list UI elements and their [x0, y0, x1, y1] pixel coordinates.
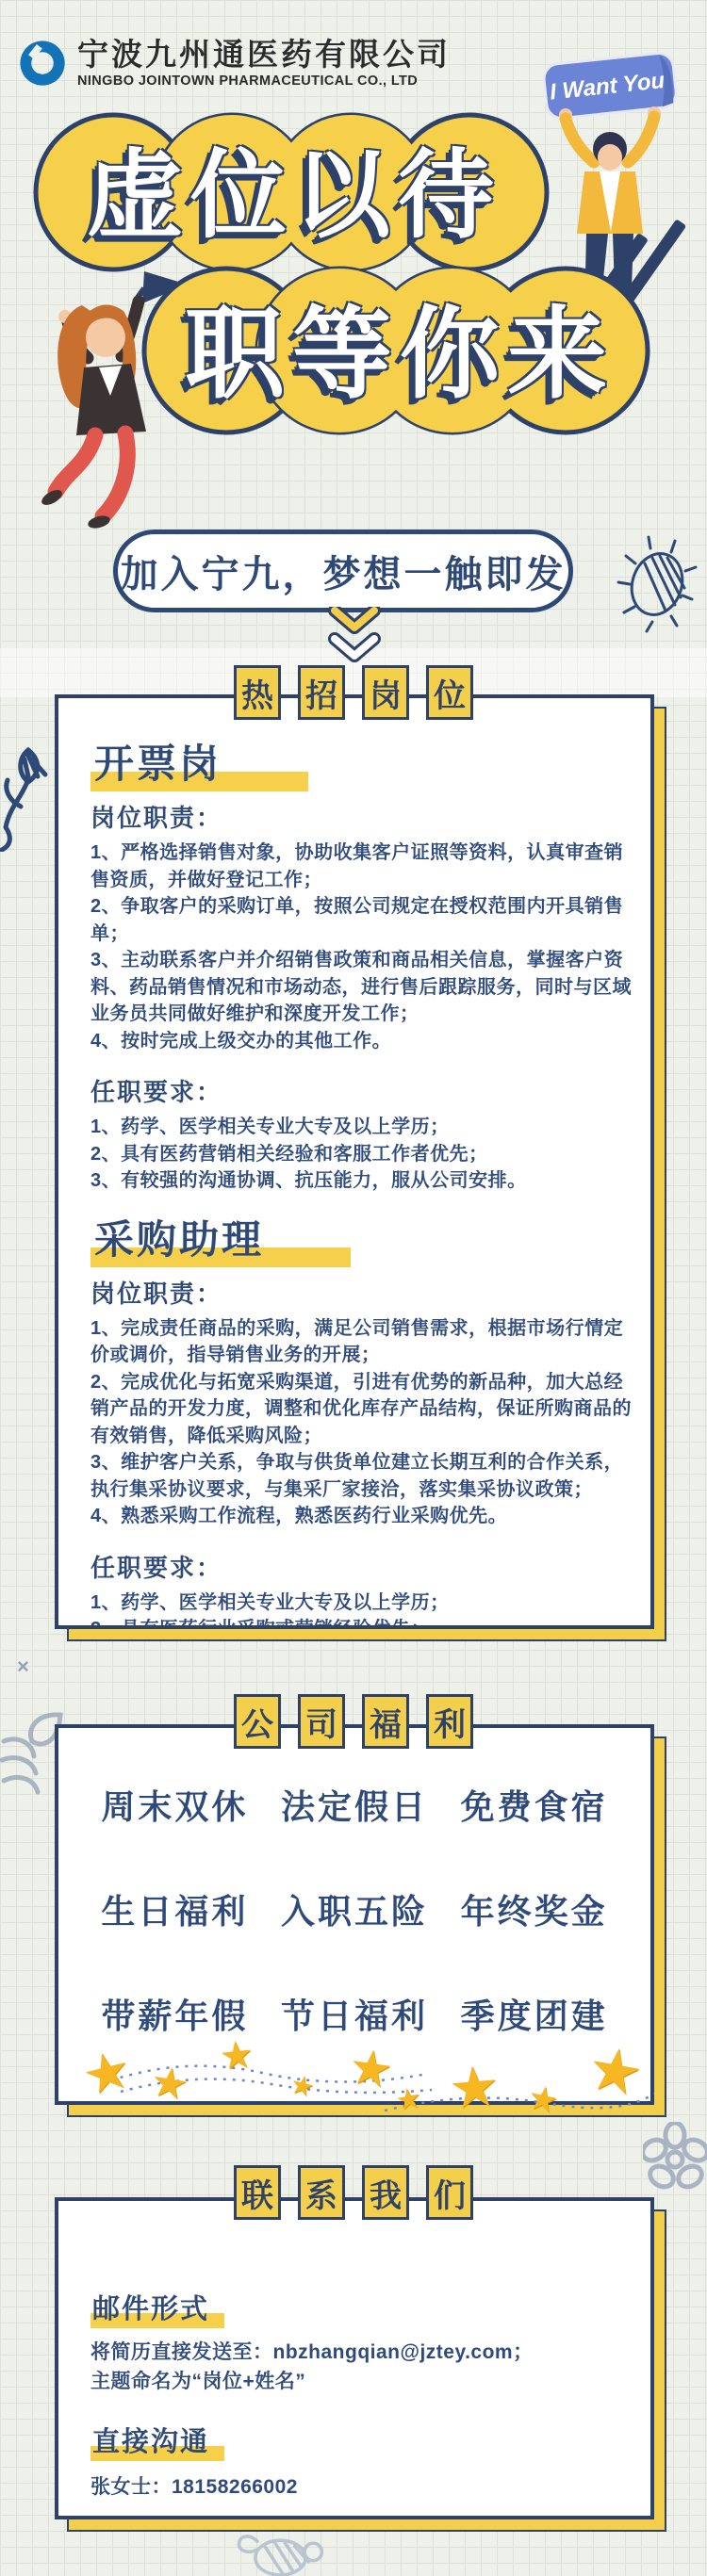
benefits-section-header: 公司福利: [0, 1694, 707, 1749]
benefit-item: 入职五险: [281, 1885, 428, 1933]
benefit-item: 带薪年假: [101, 1990, 248, 2038]
benefit-item: 法定假日: [281, 1781, 428, 1829]
section-header-tile: 系: [298, 2165, 345, 2220]
requirement-item: 2、具有医药营销相关经验和客服工作者优先；: [90, 1141, 637, 1168]
benefit-item: 节日福利: [281, 1990, 428, 2038]
chevron-down-icon: [325, 607, 384, 665]
benefit-item: 年终奖金: [461, 1885, 608, 1933]
direct-method-label: 直接沟通: [90, 2421, 637, 2459]
company-name-cn: 宁波九州通医药有限公司: [77, 38, 451, 72]
email-method-label: 邮件形式: [90, 2288, 637, 2326]
bee-doodle-icon: [184, 2533, 382, 2576]
section-header-tile: 司: [298, 1694, 345, 1749]
jointown-swirl-icon: [17, 38, 68, 89]
main-title-line2: 职等你来: [141, 274, 650, 417]
plant-doodle-icon: [0, 741, 58, 852]
requirements-label: 任职要求：: [90, 1073, 637, 1108]
duties-list: 1、完成责任商品的采购，满足公司销售需求，根据市场行情定价或调价，指导销售业务的…: [90, 1315, 637, 1530]
duty-item: 1、完成责任商品的采购，满足公司销售需求，根据市场行情定价或调价，指导销售业务的…: [90, 1315, 637, 1369]
requirement-item: 1、药学、医学相关专业大专及以上学历；: [90, 1590, 637, 1617]
duties-list: 1、严格选择销售对象，协助收集客户证照等资料，认真审查销售资质，并做好登记工作；…: [90, 840, 637, 1054]
email-instruction: 将简历直接发送至：nbzhangqian@jztey.com；: [90, 2338, 637, 2367]
benefits-card: 周末双休法定假日免费食宿生日福利入职五险年终奖金带薪年假节日福利季度团建: [55, 1724, 654, 2105]
brand-header: 宁波九州通医药有限公司 NINGBO JOINTOWN PHARMACEUTIC…: [17, 38, 451, 89]
requirement-item: 2、具有医药行业采购或营销经验优先；: [90, 1616, 637, 1629]
benefit-item: 生日福利: [101, 1885, 248, 1933]
section-header-tile: 利: [426, 1694, 473, 1749]
requirements-list: 1、药学、医学相关专业大专及以上学历；2、具有医药行业采购或营销经验优先；3、抗…: [90, 1590, 637, 1629]
duties-label: 岗位职责：: [90, 799, 637, 834]
jobs-section-header: 热招岗位: [0, 665, 707, 720]
requirements-list: 1、药学、医学相关专业大专及以上学历；2、具有医药营销相关经验和客服工作者优先；…: [90, 1114, 637, 1195]
benefit-item: 免费食宿: [461, 1781, 608, 1829]
jobs-card: 开票岗 岗位职责： 1、严格选择销售对象，协助收集客户证照等资料，认真审查销售资…: [55, 694, 654, 1629]
section-header-tile: 公: [234, 1694, 281, 1749]
main-title-line1: 虚位以待: [26, 120, 554, 257]
job-title-purchasing-assistant: 采购助理: [90, 1217, 351, 1262]
duty-item: 3、维护客户关系，争取与供货单位建立长期互利的合作关系，执行集采协议要求，与集采…: [90, 1449, 637, 1503]
phone-contact: 张女士：18158266002: [90, 2472, 637, 2502]
section-header-tile: 福: [362, 1694, 409, 1749]
duties-label: 岗位职责：: [90, 1275, 637, 1310]
requirement-item: 1、药学、医学相关专业大专及以上学历；: [90, 1114, 637, 1141]
section-header-tile: 我: [362, 2165, 409, 2220]
duty-item: 3、主动联系客户并介绍销售政策和商品相关信息，掌握客户资料、药品销售情况和市场动…: [90, 947, 637, 1028]
section-header-tile: 招: [298, 665, 345, 720]
section-header-tile: 热: [234, 665, 281, 720]
section-header-tile: 位: [426, 665, 473, 720]
duty-item: 1、严格选择销售对象，协助收集客户证照等资料，认真审查销售资质，并做好登记工作；: [90, 840, 637, 893]
x-mark-doodle: ×: [17, 1655, 29, 1679]
sun-doodle-icon: [609, 520, 705, 643]
company-name-en: NINGBO JOINTOWN PHARMACEUTICAL CO., LTD: [77, 73, 451, 89]
title-cloud-2: 职等你来: [141, 264, 650, 437]
benefit-item: 季度团建: [461, 1990, 608, 2038]
duty-item: 4、熟悉采购工作流程，熟悉医药行业采购优先。: [90, 1503, 637, 1530]
contact-section-header: 联系我们: [0, 2165, 707, 2220]
job-title-invoicing: 开票岗: [90, 742, 308, 786]
contact-card: 邮件形式 将简历直接发送至：nbzhangqian@jztey.com； 主题命…: [55, 2197, 654, 2519]
requirement-item: 3、有较强的沟通协调、抗压能力，服从公司安排。: [90, 1167, 637, 1195]
section-header-tile: 们: [426, 2165, 473, 2220]
section-header-tile: 岗: [362, 665, 409, 720]
slogan-pill: 加入宁九，梦想一触即发: [113, 530, 573, 612]
email-subject-note: 主题命名为“岗位+姓名”: [90, 2367, 637, 2396]
duty-item: 4、按时完成上级交办的其他工作。: [90, 1028, 637, 1055]
duty-item: 2、争取客户的采购订单，按照公司规定在授权范围内开具销售单；: [90, 893, 637, 947]
brand-names: 宁波九州通医药有限公司 NINGBO JOINTOWN PHARMACEUTIC…: [77, 38, 451, 89]
benefit-item: 周末双休: [101, 1781, 248, 1829]
title-cloud-1: 虚位以待: [26, 111, 554, 273]
recruitment-poster: 宁波九州通医药有限公司 NINGBO JOINTOWN PHARMACEUTIC…: [0, 0, 707, 2576]
section-header-tile: 联: [234, 2165, 281, 2220]
duty-item: 2、完成优化与拓宽采购渠道，引进有优势的新品种，加大总经销产品的开发力度，调整和…: [90, 1369, 637, 1450]
requirements-label: 任职要求：: [90, 1549, 637, 1584]
benefits-grid: 周末双休法定假日免费食宿生日福利入职五险年终奖金带薪年假节日福利季度团建: [58, 1728, 650, 2038]
